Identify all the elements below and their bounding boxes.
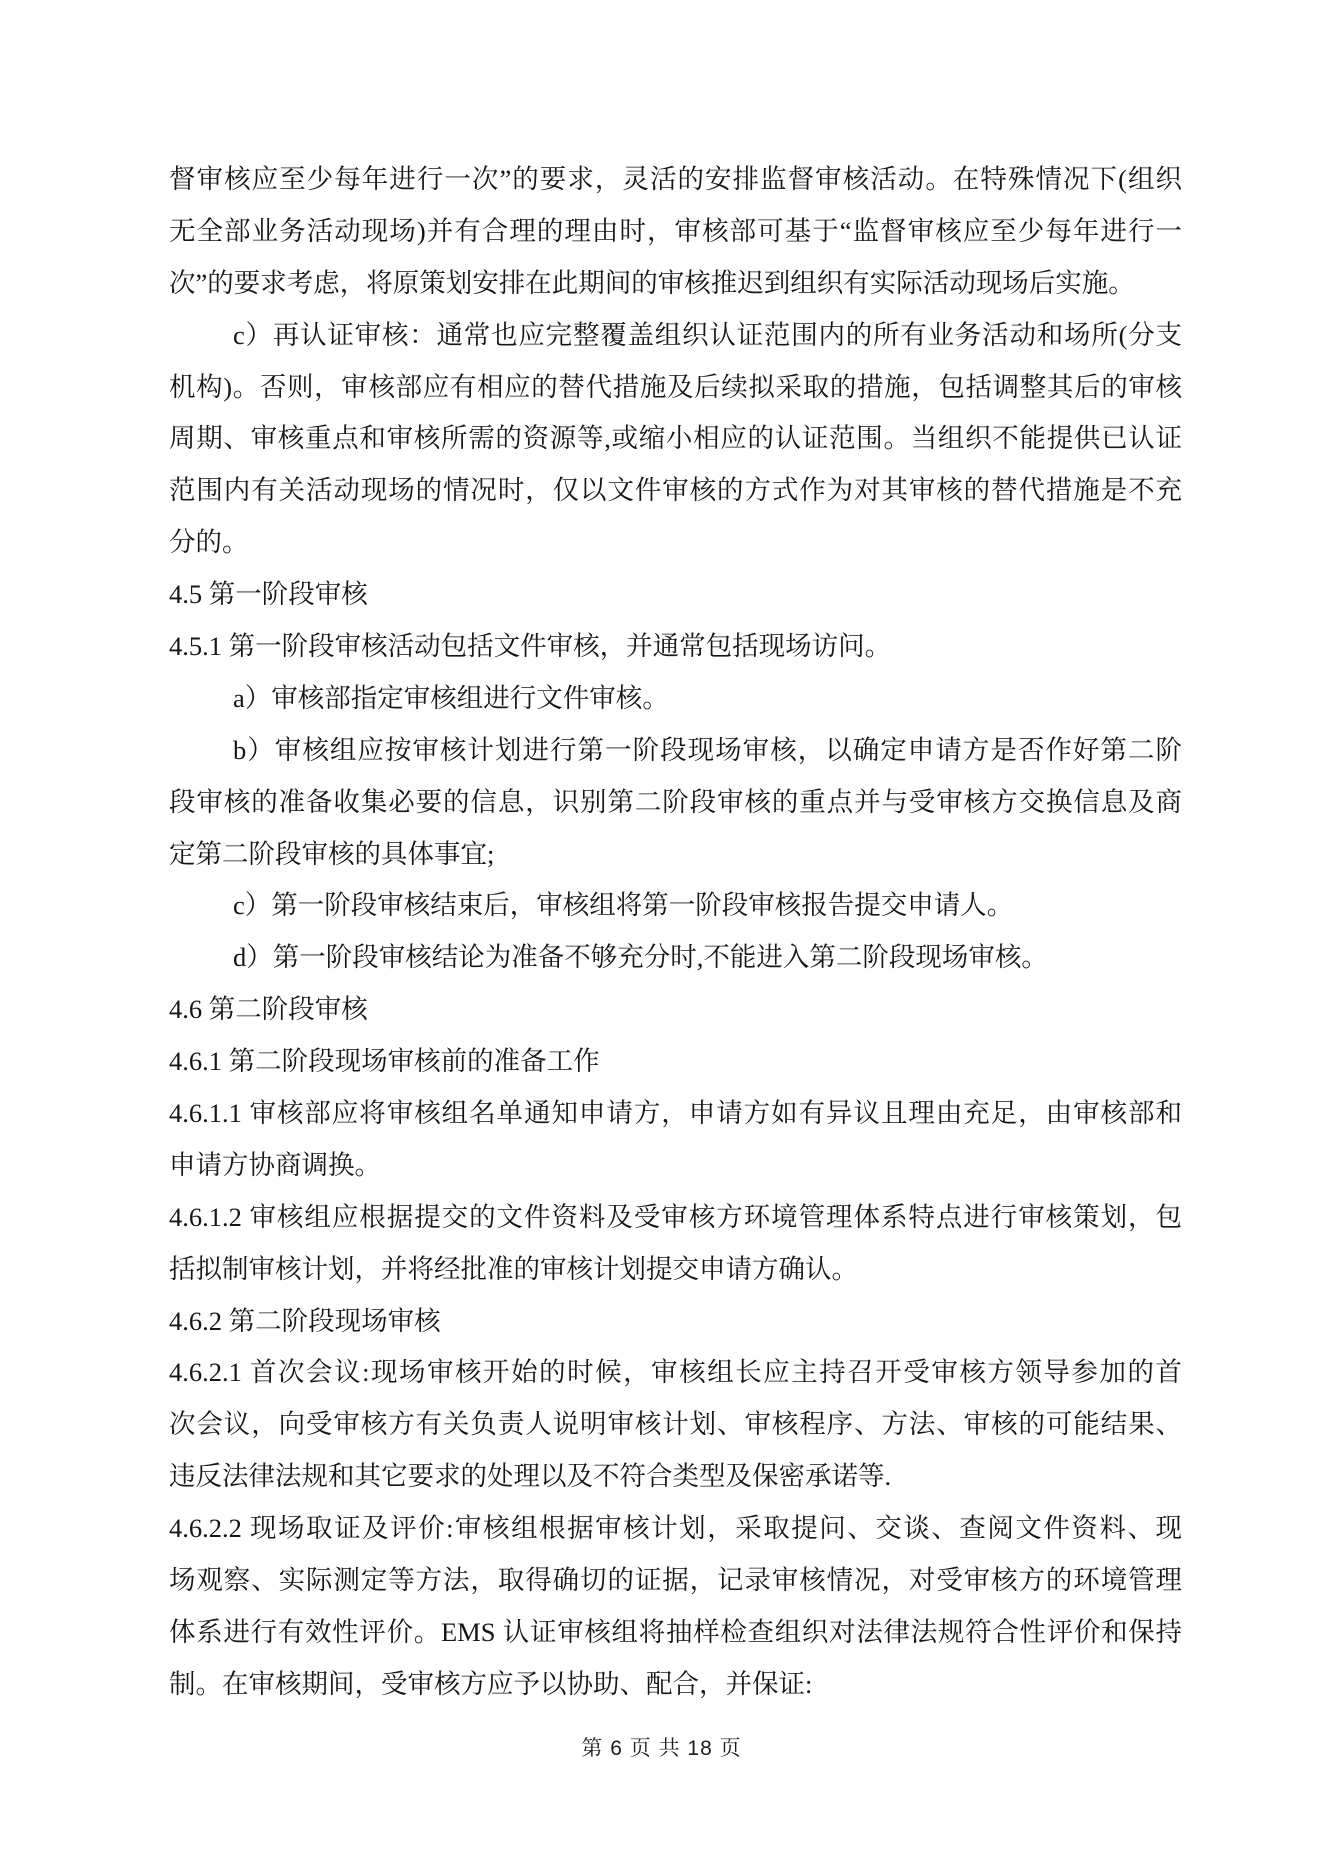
text-line: 机构)。否则，审核部应有相应的替代措施及后续拟采取的措施，包括调整其后的审核 [169, 362, 1182, 414]
text-line: c）第一阶段审核结束后，审核组将第一阶段审核报告提交申请人。 [169, 880, 1182, 932]
text-line: 4.6.1 第二阶段现场审核前的准备工作 [169, 1036, 1182, 1088]
text-line: d）第一阶段审核结论为准备不够充分时,不能进入第二阶段现场审核。 [169, 932, 1182, 984]
text-line: c）再认证审核：通常也应完整覆盖组织认证范围内的所有业务活动和场所(分支 [169, 310, 1182, 362]
text-line: 督审核应至少每年进行一次”的要求，灵活的安排监督审核活动。在特殊情况下(组织 [169, 154, 1182, 206]
text-line: 次”的要求考虑，将原策划安排在此期间的审核推迟到组织有实际活动现场后实施。 [169, 258, 1182, 310]
text-line: 4.6.1.1 审核部应将审核组名单通知申请方，申请方如有异议且理由充足，由审核… [169, 1088, 1182, 1140]
document-body: 督审核应至少每年进行一次”的要求，灵活的安排监督审核活动。在特殊情况下(组织无全… [169, 154, 1182, 1711]
text-line: 范围内有关活动现场的情况时，仅以文件审核的方式作为对其审核的替代措施是不充 [169, 465, 1182, 517]
text-line: 4.5.1 第一阶段审核活动包括文件审核，并通常包括现场访问。 [169, 621, 1182, 673]
page-number-footer: 第 6 页 共 18 页 [0, 1732, 1323, 1762]
text-line: 违反法律法规和其它要求的处理以及不符合类型及保密承诺等. [169, 1451, 1182, 1503]
text-line: 4.6.2 第二阶段现场审核 [169, 1296, 1182, 1348]
text-line: 场观察、实际测定等方法，取得确切的证据，记录审核情况，对受审核方的环境管理 [169, 1555, 1182, 1607]
text-line: 4.5 第一阶段审核 [169, 569, 1182, 621]
text-line: 无全部业务活动现场)并有合理的理由时，审核部可基于“监督审核应至少每年进行一 [169, 206, 1182, 258]
text-line: 次会议，向受审核方有关负责人说明审核计划、审核程序、方法、审核的可能结果、 [169, 1399, 1182, 1451]
text-line: 周期、审核重点和审核所需的资源等,或缩小相应的认证范围。当组织不能提供已认证 [169, 413, 1182, 465]
text-line: 段审核的准备收集必要的信息，识别第二阶段审核的重点并与受审核方交换信息及商 [169, 777, 1182, 829]
text-line: 定第二阶段审核的具体事宜; [169, 829, 1182, 881]
text-line: 4.6.1.2 审核组应根据提交的文件资料及受审核方环境管理体系特点进行审核策划… [169, 1192, 1182, 1244]
text-line: b）审核组应按审核计划进行第一阶段现场审核，以确定申请方是否作好第二阶 [169, 725, 1182, 777]
text-line: 4.6.2.2 现场取证及评价:审核组根据审核计划，采取提问、交谈、查阅文件资料… [169, 1503, 1182, 1555]
text-line: 4.6.2.1 首次会议:现场审核开始的时候，审核组长应主持召开受审核方领导参加… [169, 1347, 1182, 1399]
text-line: 4.6 第二阶段审核 [169, 984, 1182, 1036]
text-line: a）审核部指定审核组进行文件审核。 [169, 673, 1182, 725]
text-line: 分的。 [169, 517, 1182, 569]
text-line: 申请方协商调换。 [169, 1140, 1182, 1192]
document-page: 督审核应至少每年进行一次”的要求，灵活的安排监督审核活动。在特殊情况下(组织无全… [0, 0, 1323, 1871]
text-line: 括拟制审核计划，并将经批准的审核计划提交申请方确认。 [169, 1244, 1182, 1296]
text-line: 制。在审核期间，受审核方应予以协助、配合，并保证: [169, 1659, 1182, 1711]
text-line: 体系进行有效性评价。EMS 认证审核组将抽样检查组织对法律法规符合性评价和保持机 [169, 1607, 1182, 1659]
